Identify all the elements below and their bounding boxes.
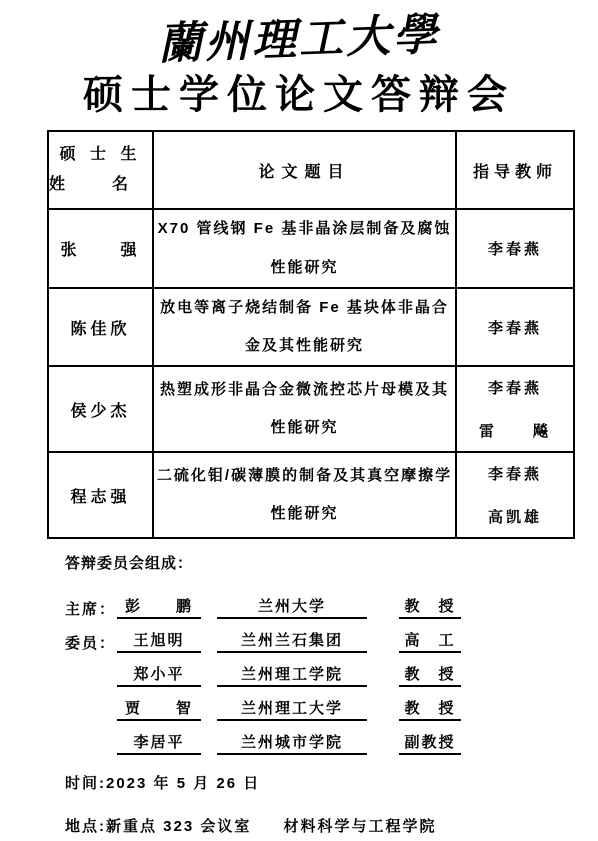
column-header-advisor: 指导教师 <box>456 131 574 209</box>
defense-time: 时间:2023 年 5 月 26 日 <box>65 772 598 793</box>
thesis-title: 热塑成形非晶合金微流控芯片母模及其性能研究 <box>153 366 456 452</box>
advisor-cell: 李春燕 <box>456 209 574 288</box>
advisor-name: 李春燕 <box>457 317 573 338</box>
defense-location-line: 地点:新重点 323 会议室 材料科学与工程学院 <box>65 815 598 836</box>
defense-schedule-table: 硕 士 生 姓 名 论文题目 指导教师 张 强 X70 管线钢 Fe 基非晶涂层… <box>47 130 575 539</box>
advisor-name: 李春燕 <box>457 238 573 259</box>
column-header-student-name: 硕 士 生 姓 名 <box>48 131 153 209</box>
member-name: 贾 智 <box>117 697 201 721</box>
advisor-name: 李春燕 <box>457 377 573 398</box>
committee-heading: 答辩委员会组成： <box>65 552 598 573</box>
member-affiliation: 兰州兰石集团 <box>217 629 367 653</box>
table-row: 侯少杰 热塑成形非晶合金微流控芯片母模及其性能研究 李春燕 雷 飚 <box>48 366 574 452</box>
defense-location: 地点:新重点 323 会议室 <box>65 818 251 835</box>
committee-member-line: 贾 智 兰州理工大学 教 授 <box>65 687 598 721</box>
table-row: 张 强 X70 管线钢 Fe 基非晶涂层制备及腐蚀性能研究 李春燕 <box>48 209 574 288</box>
member-name: 王旭明 <box>117 629 201 653</box>
advisor-name: 雷 飚 <box>457 420 573 441</box>
column-header-thesis-title: 论文题目 <box>153 131 456 209</box>
member-affiliation: 兰州大学 <box>217 595 367 619</box>
member-affiliation: 兰州理工学院 <box>217 663 367 687</box>
department-name: 材料科学与工程学院 <box>284 818 437 835</box>
member-name: 郑小平 <box>117 663 201 687</box>
table-row: 程志强 二硫化钼/碳薄膜的制备及其真空摩擦学性能研究 李春燕 高凯雄 <box>48 452 574 538</box>
table-header-row: 硕 士 生 姓 名 论文题目 指导教师 <box>48 131 574 209</box>
thesis-title: X70 管线钢 Fe 基非晶涂层制备及腐蚀性能研究 <box>153 209 456 288</box>
member-title: 高 工 <box>399 629 461 653</box>
member-title: 教 授 <box>399 595 461 619</box>
member-role-label: 主席： <box>65 598 117 619</box>
student-name: 程志强 <box>48 452 153 538</box>
member-affiliation: 兰州理工大学 <box>217 697 367 721</box>
committee-list: 主席： 彭 鹏 兰州大学 教 授 委员： 王旭明 兰州兰石集团 高 工 郑小平 … <box>0 585 598 755</box>
advisor-cell: 李春燕 雷 飚 <box>456 366 574 452</box>
member-title: 教 授 <box>399 697 461 721</box>
advisor-cell: 李春燕 高凯雄 <box>456 452 574 538</box>
student-name-header-line2: 姓 名 <box>49 170 152 200</box>
student-name: 侯少杰 <box>48 366 153 452</box>
page-title: 硕士学位论文答辩会 <box>0 72 598 118</box>
thesis-title: 放电等离子烧结制备 Fe 基块体非晶合金及其性能研究 <box>153 288 456 367</box>
committee-member-line: 李居平 兰州城市学院 副教授 <box>65 721 598 755</box>
committee-member-line: 主席： 彭 鹏 兰州大学 教 授 <box>65 585 598 619</box>
member-role-label: 委员： <box>65 632 117 653</box>
student-name: 张 强 <box>48 209 153 288</box>
member-title: 副教授 <box>399 731 461 755</box>
committee-member-line: 郑小平 兰州理工学院 教 授 <box>65 653 598 687</box>
advisor-name: 高凯雄 <box>457 506 573 527</box>
member-name: 彭 鹏 <box>117 595 201 619</box>
member-title: 教 授 <box>399 663 461 687</box>
thesis-title: 二硫化钼/碳薄膜的制备及其真空摩擦学性能研究 <box>153 452 456 538</box>
student-name-header-line1: 硕 士 生 <box>49 140 152 170</box>
member-affiliation: 兰州城市学院 <box>217 731 367 755</box>
student-name: 陈佳欣 <box>48 288 153 367</box>
defense-announcement-page: 蘭州理工大學 硕士学位论文答辩会 硕 士 生 姓 名 论文题目 指导教师 张 强… <box>0 0 598 841</box>
member-name: 李居平 <box>117 731 201 755</box>
advisor-name: 李春燕 <box>457 463 573 484</box>
university-logo-calligraphy: 蘭州理工大學 <box>0 6 598 75</box>
table-row: 陈佳欣 放电等离子烧结制备 Fe 基块体非晶合金及其性能研究 李春燕 <box>48 288 574 367</box>
committee-member-line: 委员： 王旭明 兰州兰石集团 高 工 <box>65 619 598 653</box>
advisor-cell: 李春燕 <box>456 288 574 367</box>
